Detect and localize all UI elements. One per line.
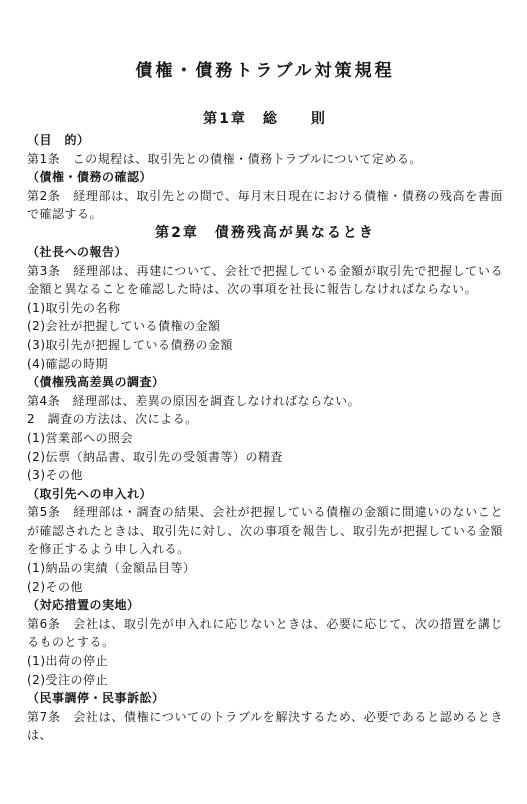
list-item: (3)その他: [27, 466, 503, 485]
document-page: 債権・債務トラブル対策規程 第1章 総 則 （目 的） 第1条 この規程は、取引…: [0, 0, 527, 804]
list-item: (1)取引先の名称: [27, 299, 503, 318]
list-item: (4)確認の時期: [27, 355, 503, 374]
chapter-heading-2: 第2章 債務残高が異なるとき: [27, 224, 503, 243]
article-paragraph: 第3条 経理部は、再建について、会社で把握している金額が取引先で把握している金額…: [27, 262, 503, 299]
article-paragraph: 第4条 経理部は、差異の原因を調査しなければならない。: [27, 392, 503, 411]
chapter-heading-1: 第1章 総 則: [27, 110, 503, 129]
section-heading: （債権残高差異の調査）: [27, 373, 503, 392]
article-paragraph: 第7条 会社は、債権についてのトラブルを解決するため、必要であると認めるときは、: [27, 708, 503, 745]
article-paragraph: 第5条 経理部は・調査の結果、会社が把握している債権の金額に間違いのないことが確…: [27, 503, 503, 559]
section-heading: （対応措置の実地）: [27, 596, 503, 615]
article-paragraph: 第1条 この規程は、取引先との債権・債務トラブルについて定める。: [27, 150, 503, 169]
section-heading: （債権・債務の確認）: [27, 168, 503, 187]
list-item: (2)その他: [27, 578, 503, 597]
section-heading: （社長への報告）: [27, 243, 503, 262]
list-item: (2)会社が把握している債権の金額: [27, 317, 503, 336]
list-item: (3)取引先が把握している債務の金額: [27, 336, 503, 355]
list-item: (2)伝票（納品書、取引先の受領書等）の精査: [27, 448, 503, 467]
article-paragraph: 第6条 会社は、取引先が申入れに応じないときは、必要に応じて、次の措置を講じるも…: [27, 615, 503, 652]
section-heading: （目 的）: [27, 131, 503, 150]
list-item: (2)受注の停止: [27, 671, 503, 690]
doc-title: 債権・債務トラブル対策規程: [27, 60, 503, 82]
article-paragraph: 2 調査の方法は、次による。: [27, 410, 503, 429]
list-item: (1)出荷の停止: [27, 652, 503, 671]
section-heading: （取引先への申入れ）: [27, 485, 503, 504]
section-heading: （民事調停・民事訴訟）: [27, 689, 503, 708]
list-item: (1)納品の実績（金額品目等）: [27, 559, 503, 578]
list-item: (1)営業部への照会: [27, 429, 503, 448]
article-paragraph: 第2条 経理部は、取引先との間で、毎月末日現在における債権・債務の残高を書面で確…: [27, 187, 503, 224]
